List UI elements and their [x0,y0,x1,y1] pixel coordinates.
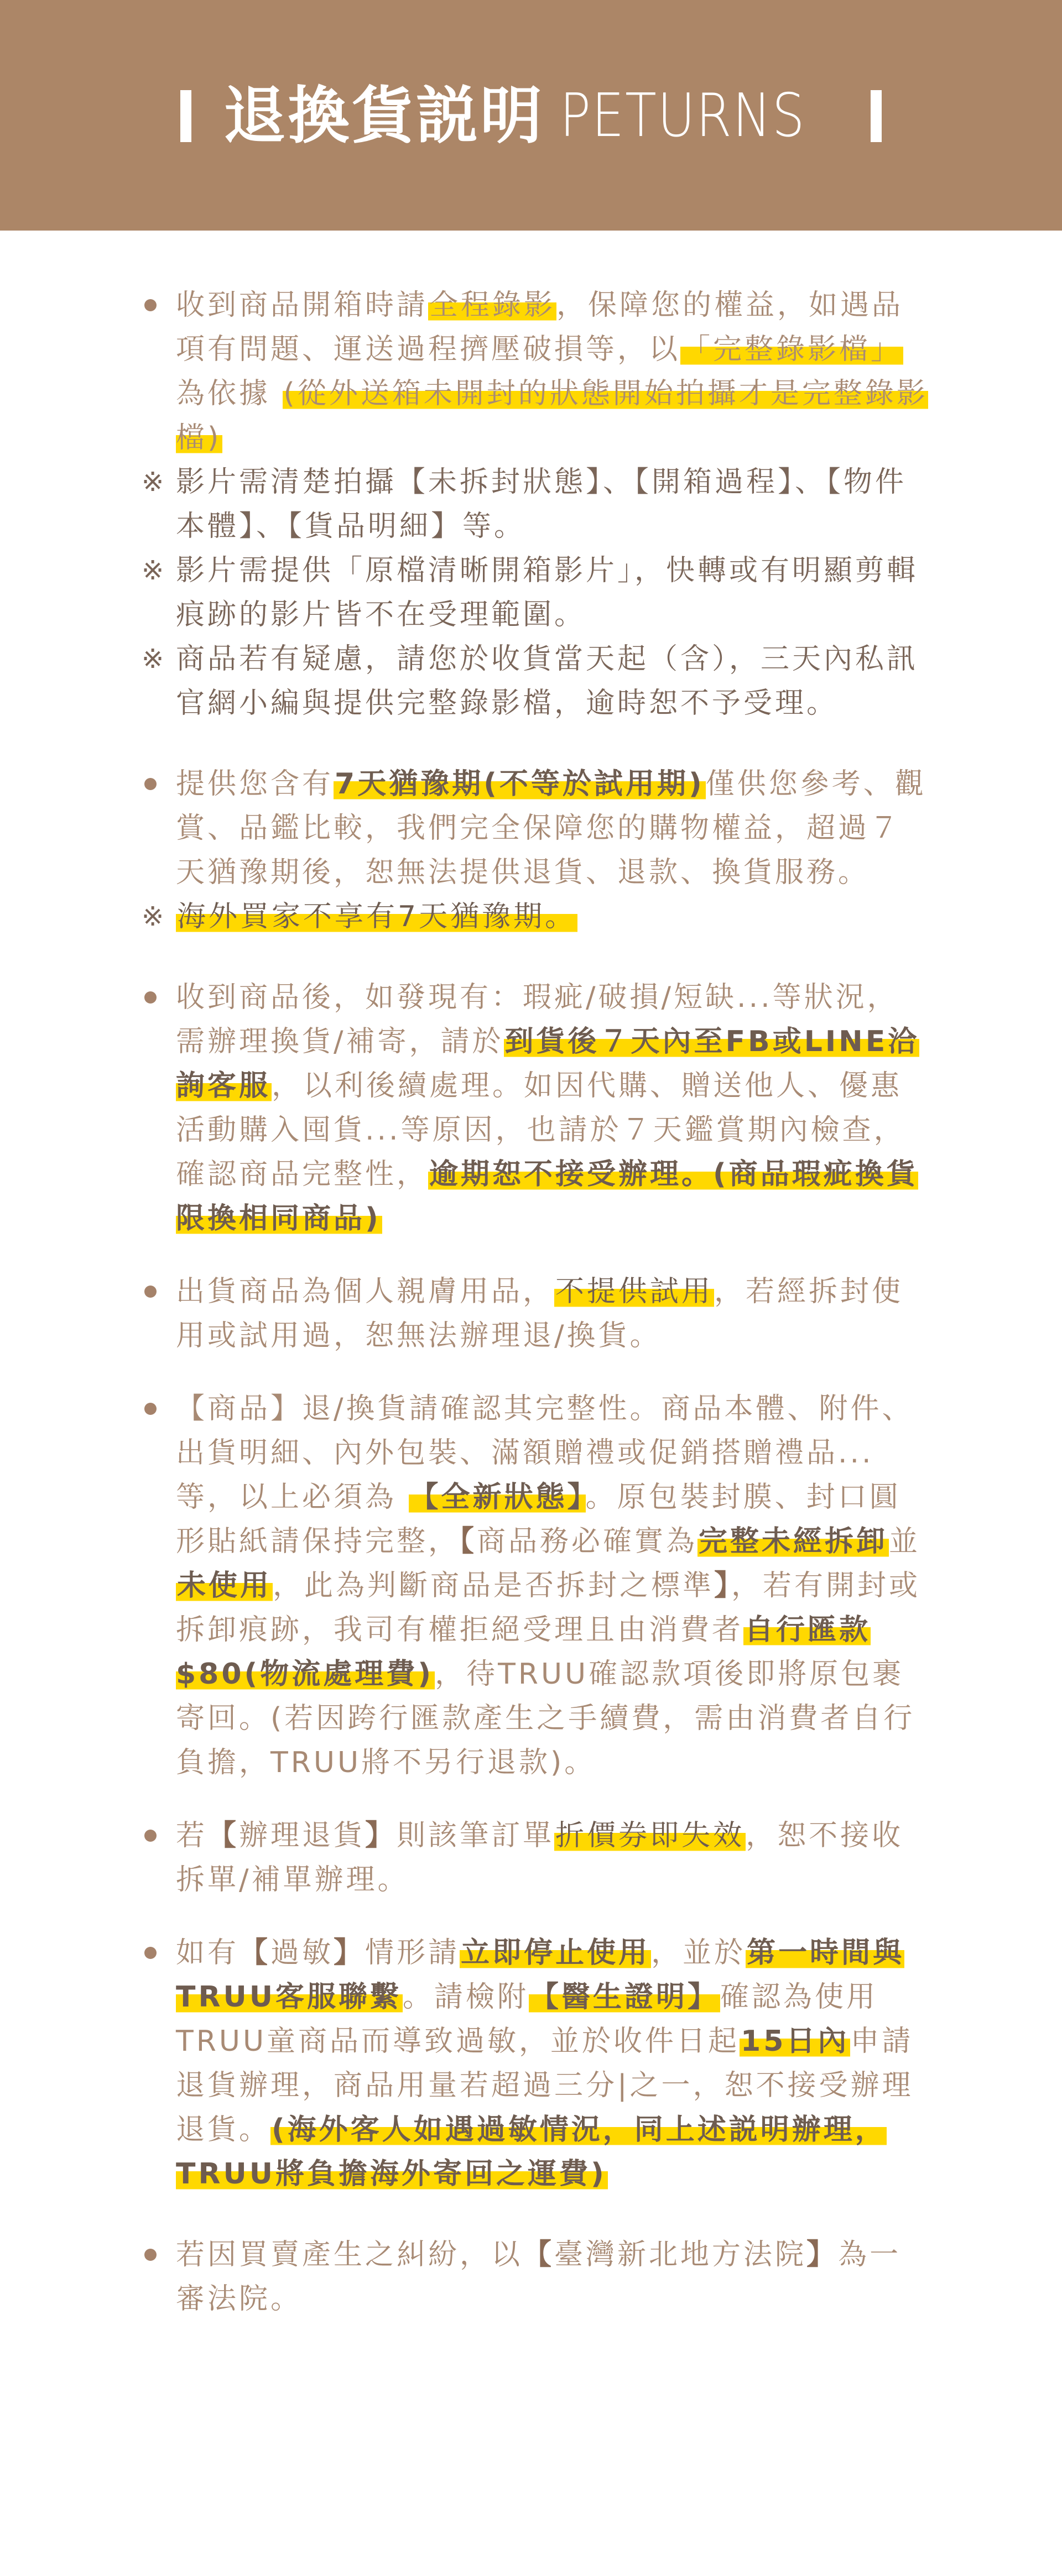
policy-item-product-condition: 【商品】退/換貨請確認其完整性。商品本體、附件、出貨明細、內外包裝、滿額贈禮或促… [0,1387,1062,1785]
text: 則該筆訂單 [397,1819,554,1852]
reference-mark-icon: ※ [142,460,164,504]
text: 如有 [176,1936,239,1969]
bullet-dot-icon [144,2249,157,2261]
bullet-dot-icon [144,991,157,1004]
highlight: 立即停止使用 [460,1936,651,1969]
highlight: 完整未經拆卸 [697,1525,889,1558]
bullet-dot-icon [144,299,157,311]
text: 【商品】 [176,1392,302,1425]
highlight: 7天猶豫期(不等於試用期) [334,767,706,801]
reference-mark-icon: ※ [142,637,164,681]
policy-item-no-trial: 出貨商品為個人親膚用品，不提供試用，若經拆封使用或試用過，恕無法辦理退/換貨。 [0,1269,1062,1358]
title-left-bar [180,90,191,142]
bullet-dot-icon [144,778,157,790]
page-title-en: PETURNS [560,86,805,146]
policy-text: 收到商品開箱時請全程錄影，保障您的權益，如遇品項有問題、運送過程擠壓破損等，以「… [176,283,929,460]
policy-item-video-recording: 收到商品開箱時請全程錄影，保障您的權益，如遇品項有問題、運送過程擠壓破損等，以「… [0,283,1062,460]
highlight: 不提供試用 [554,1275,714,1308]
policy-item-defects: 收到商品後，如發現有：瑕疵/破損/短缺...等狀況，需辦理換貨/補寄，請於到貨後… [0,975,1062,1241]
page-title-en-wrap: PETURNS [544,86,871,146]
header-title-row: 退換貨説明 PETURNS [0,77,1062,155]
title-right-bar [871,90,882,142]
policy-text: 收到商品後，如發現有：瑕疵/破損/短缺...等狀況，需辦理換貨/補寄，請於到貨後… [176,975,929,1241]
bullet-dot-icon [144,1286,157,1298]
highlight: (海外客人如遇過敏情況，同上述説明辦理，TRUU將負擔海外寄回之運費) [176,2113,887,2191]
highlight: 「完整錄影檔」 [680,333,903,366]
reference-mark-icon: ※ [142,548,164,593]
policy-text: 提供您含有7天猶豫期(不等於試用期)僅供您參考、觀賞、品鑑比較，我們完全保障您的… [176,762,929,895]
highlight: 未使用 [176,1569,273,1602]
text: 過敏 [270,1936,334,1969]
policy-text: 出貨商品為個人親膚用品，不提供試用，若經拆封使用或試用過，恕無法辦理退/換貨。 [176,1269,929,1358]
bracket: 【 [239,1936,270,1969]
note-item-overseas: ※ 海外買家不享有7天猶豫期。 [0,895,1062,939]
policy-item-coupon: 若【辦理退貨】則該筆訂單折價券即失效，恕不接收拆單/補單辦理。 [0,1814,1062,1902]
reference-mark-icon: ※ [142,895,164,939]
highlight: 全程錄影 [428,289,556,322]
text: 若因買賣產生之糾紛，以 [176,2238,523,2271]
text: ，並於 [651,1936,746,1969]
text: 出貨商品為個人親膚用品， [176,1275,554,1308]
policy-text: 如有【過敏】情形請立即停止使用，並於第一時間與TRUU客服聯繫。請檢附【醫生證明… [176,1931,929,2196]
bracket: 】 [334,1936,365,1969]
note-item: ※ 商品若有疑慮，請您於收貨當天起（含），三天內私訊官網小編與提供完整錄影檔，逾… [0,637,1062,725]
highlight: 海外買家不享有7天猶豫期。 [176,900,577,933]
note-text: 影片需清楚拍攝【未拆封狀態】、【開箱過程】、【物件本體】、【貨品明細】等。 [176,466,907,543]
bracket: 【 [207,1819,239,1852]
bullet-dot-icon [144,1830,157,1842]
bracket: 】 [365,1819,397,1852]
text: 情形請 [365,1936,460,1969]
text: 若 [176,1819,207,1852]
text: 臺灣新北地方法院 [554,2238,806,2271]
bullet-dot-icon [144,1947,157,1959]
page-title-zh: 退換貨説明 [223,85,544,147]
highlight: 折價券即失效 [554,1819,746,1852]
note-text: 商品若有疑慮，請您於收貨當天起（含），三天內私訊官網小編與提供完整錄影檔，逾時恕… [176,642,918,720]
highlight: (從外送箱未開封的狀態開始拍攝才是完整錄影檔) [176,377,928,454]
text: 收到商品開箱時請 [176,289,428,322]
highlight: 【醫生證明】 [529,1981,720,2014]
text: 並 [889,1525,920,1558]
policy-text: 若因買賣產生之糾紛，以【臺灣新北地方法院】為一審法院。 [176,2233,929,2321]
text: ，此為判斷商品是否拆封之標準 [273,1569,714,1602]
page-header: 退換貨説明 PETURNS [0,0,1062,231]
text: 提供您含有 [176,767,334,801]
bracket: 【 [523,2238,554,2271]
note-item: ※ 影片需清楚拍攝【未拆封狀態】、【開箱過程】、【物件本體】、【貨品明細】等。 [0,460,1062,548]
note-text: 影片需提供「原檔清晰開箱影片」，快轉或有明顯剪輯痕跡的影片皆不在受理範圍。 [176,554,918,631]
bracket: 】 [806,2238,838,2271]
highlight: 15日內 [740,2025,850,2058]
text: 辦理退貨 [239,1819,365,1852]
policy-item-allergy: 如有【過敏】情形請立即停止使用，並於第一時間與TRUU客服聯繫。請檢附【醫生證明… [0,1931,1062,2196]
bracket: 【 [460,1525,477,1558]
note-item: ※ 影片需提供「原檔清晰開箱影片」，快轉或有明顯剪輯痕跡的影片皆不在受理範圍。 [0,548,1062,637]
policy-item-cooling-off: 提供您含有7天猶豫期(不等於試用期)僅供您參考、觀賞、品鑑比較，我們完全保障您的… [0,762,1062,895]
text: 商品務必確實為 [477,1525,697,1558]
text: 為依據 [176,377,270,410]
policy-text: 【商品】退/換貨請確認其完整性。商品本體、附件、出貨明細、內外包裝、滿額贈禮或促… [176,1387,929,1785]
highlight: 【全新狀態】 [409,1481,586,1514]
text: 。請檢附 [403,1981,529,2014]
policy-text: 若【辦理退貨】則該筆訂單折價券即失效，恕不接收拆單/補單辦理。 [176,1814,929,1902]
bracket: 】 [714,1569,731,1602]
policy-item-jurisdiction: 若因買賣產生之糾紛，以【臺灣新北地方法院】為一審法院。 [0,2233,1062,2321]
returns-policy-content: 收到商品開箱時請全程錄影，保障您的權益，如遇品項有問題、運送過程擠壓破損等，以「… [0,231,1062,2410]
bullet-dot-icon [144,1403,157,1415]
